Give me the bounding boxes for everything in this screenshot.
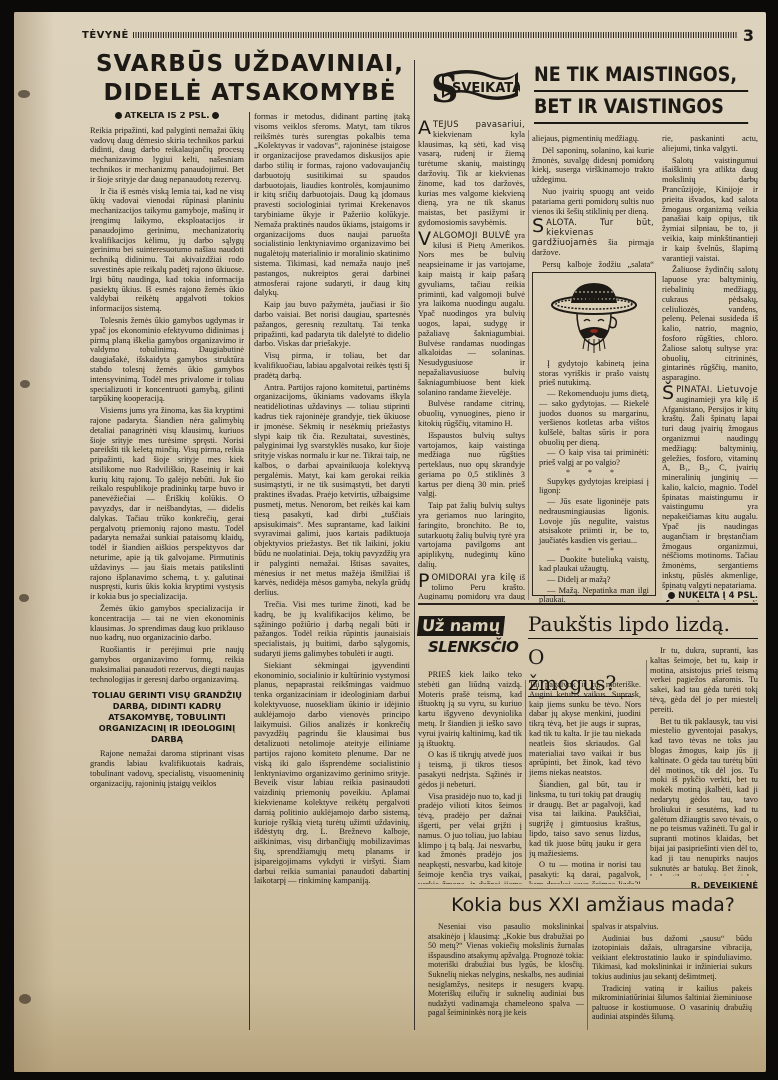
paragraph: Persų kalboje žodžiu „salata“ vadinami b… [532,260,654,270]
fashion-column-1: Neseniai viso pasaulio mokslininkai atsa… [428,922,584,1022]
paragraph: Išspaustos bulvių sultys vartojamos, kai… [418,431,525,500]
paragraph: O kas iš tikrųjų atvedė juos į teismą, j… [418,750,522,789]
bullet-icon [115,112,122,119]
article-subheading: TOLIAU GERINTI VISŲ GRANDŽIŲ DARBĄ, DIDI… [90,690,244,745]
health-column-1: ATĖJUS pavasariui, kiekvienam kyla klaus… [418,120,525,600]
masthead-rule [133,32,738,38]
paragraph: Bulvėse randame citrinų, obuolių, vynuog… [418,399,525,428]
joke-line: Į gydytojo kabinetą įeina storas vyriški… [539,359,649,388]
family-article-title: Paukštis lipdo lizdą. [528,612,758,639]
paragraph: spalvas ir atspalvius. [592,922,752,932]
paragraph: Visiems jums yra žinoma, kas šia kryptim… [90,406,244,602]
paragraph: aliejaus, pigmentinių medžiagų. [532,134,654,144]
paragraph: Reikia pripažinti, kad palyginti nemažai… [90,126,244,185]
joke-separator: * * * [539,469,649,477]
uz-namu-slenkscio-rubric: Už namų SLENKSČIO [418,616,514,666]
rubric-line-2: SLENKSČIO [428,636,514,658]
dropcap: Š [662,385,674,402]
masthead: TĖVYNĖ 3 [82,28,754,42]
column-divider [528,130,529,600]
section-lead-spinach: PINATAI. Lietuvoje [676,384,758,394]
section-divider [418,603,758,605]
page-damage [19,994,31,1004]
paragraph: O tu — motina ir norisi tau pasakyti: ką… [529,860,641,884]
paragraph: Ir čia iš esmės viską lemia tai, kad ne … [90,187,244,314]
sveikata-rubric-logo: S SVEIKATA [428,64,520,110]
dropcap: A [418,120,431,137]
health-headline: NE TIK MAISTINGOS, BET IR VAISTINGOS [534,60,748,124]
column-divider [414,60,415,1030]
paragraph: Salotų vaistingumui išaiškinti yra atlik… [662,156,758,264]
paragraph: rie, paskaninti actu, aliejumi, tinka va… [662,134,758,154]
health-headline-line-2: BET IR VAISTINGOS [534,92,748,124]
humor-box: Į gydytojo kabinetą įeina storas vyriški… [532,272,656,596]
paragraph: Kaip jau buvo pažymėta, jaučiasi ir šio … [254,300,410,349]
paragraph: Antra. Partijos rajono komitetui, partin… [254,383,410,599]
family-column-1: PRIEŠ kiek laiko teko stebėti gan liūdną… [418,670,522,884]
page-damage [20,380,30,388]
paragraph: Rajone nemažai daroma stiprinant visas g… [90,749,244,788]
column-divider [249,112,250,1030]
continued-to-label[interactable]: NUKELTA Į 4 PSL. [662,590,758,600]
paragraph: Taip pat žalių bulvių sultys yra geriamo… [418,501,525,570]
fashion-column-2: spalvas ir atspalvius. Audiniai bus dažo… [592,922,752,1022]
man-with-straw-hat-icon [549,277,639,355]
bullet-icon [212,112,219,119]
paragraph: Tradicinį vatiną ir kailius pakeis mikro… [592,984,752,1022]
paragraph: Visa prasidėjo nuo to, kad ji pradėjo vi… [418,792,522,884]
page-damage [19,594,29,602]
dropcap: V [418,231,431,248]
health-headline-line-1: NE TIK MAISTINGOS, [534,60,748,92]
page-number: 3 [743,26,754,45]
page-damage [18,90,30,98]
joke-line: — O kaip visa tai priminėti: prieš valgį… [539,448,649,467]
paragraph: Ruošiantis ir perėjimui prie naujų gamyb… [90,645,244,684]
paragraph: Šiandien, gal būt, tau ir linksma, tu tu… [529,780,641,858]
column-divider [587,920,588,1030]
health-column-3: rie, paskaninti actu, aliejumi, tinka va… [662,134,758,602]
paragraph: Žemės ūkio gamybos specializacija ir kon… [90,604,244,643]
joke-line: — Didelį ar mažą? [539,575,649,585]
section-lead-tomato: OMIDORAI yra kilę [431,572,515,582]
sveikata-logo-text: SVEIKATA [452,81,520,96]
paragraph: formas ir metodus, didinant partinę įtak… [254,112,410,298]
paragraph: Žaliuose žydinčių salotų lapuose yra: ba… [662,265,758,383]
lead-headline: SVARBŪS UŽDAVINIAI, DIDELĖ ATSAKOMYBĖ [90,50,410,108]
paragraph: Siekiant sėkmingai įgyvendinti ekonomini… [254,661,410,886]
paragraph: Visų pirma, ir toliau, bet dar kvalifiku… [254,351,410,380]
column-divider [525,680,526,880]
dropcap: S [532,218,544,235]
joke-line: Supykęs gydytojas kreipiasi į ligonį: [539,477,649,496]
joke-line: — Rekomenduoju jums dietą, — sako gydyto… [539,389,649,447]
humor-text: Į gydytojo kabinetą įeina storas vyriški… [539,359,649,605]
column-divider [646,660,647,880]
fashion-article-title: Kokia bus XXI amžiaus mada? [428,892,758,918]
paragraph: Tolesnis žemės ūkio gamybos ugdymas ir y… [90,316,244,404]
lead-article-column-2: formas ir metodus, didinant partinę įtak… [254,112,410,1032]
paragraph: Nuo įvairių spuogų ant veido patariama g… [532,187,654,216]
rubric-line-1: Už namų [417,616,505,636]
paragraph: Trečia. Visi mes turime žinoti, kad be k… [254,600,410,659]
paragraph: PRIEŠ kiek laiko teko stebėti gan liūdną… [418,670,522,748]
paragraph: Tai pagalvok ir tu, moteriške. Augini ke… [529,680,641,778]
paragraph: Ir tu, dukra, supranti, kas kaltas šeimo… [650,646,758,715]
paragraph: Audiniai bus dažomi „sausu“ būdu izotopi… [592,934,752,982]
continued-from-label: ATKELTA IŠ 2 PSL. [90,112,244,122]
lead-article-column-1: ATKELTA IŠ 2 PSL. Reikia pripažinti, kad… [90,112,244,1032]
dropcap: P [418,573,429,590]
paragraph: Neseniai viso pasaulio mokslininkai atsa… [428,922,584,1018]
paragraph: Bet tu tik paklausyk, tau visi miestelio… [650,717,758,876]
health-column-2: aliejaus, pigmentinių medžiagų. Dėl sapo… [532,134,654,270]
paragraph: Dėl saponinų, solanino, kai kurie žmonės… [532,146,654,185]
joke-line: — Jūs esate ligoninėje pats nedrausmingi… [539,497,649,546]
section-lead-potato: ALGOMOJI BULVĖ [433,230,510,240]
joke-separator: * * * [539,547,649,555]
bullet-icon [668,592,675,599]
section-divider [418,888,758,889]
joke-line: — Duokite buteliuką vaistų, kad plaukai … [539,555,649,574]
banner-flag-icon: S SVEIKATA [428,64,520,110]
family-column-2: Tai pagalvok ir tu, moteriške. Augini ke… [529,680,641,884]
newspaper-name: TĖVYNĖ [82,30,129,41]
family-column-3: Ir tu, dukra, supranti, kas kaltas šeimo… [650,646,758,876]
